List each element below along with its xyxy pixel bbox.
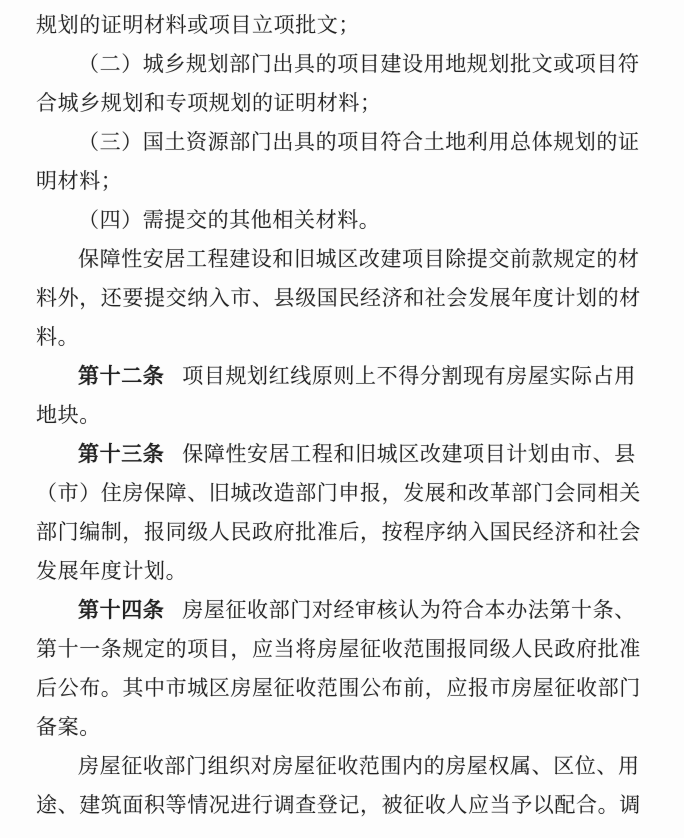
text-line: 料外，还要提交纳入市、县级国民经济和社会发展年度计划的材 <box>36 279 684 318</box>
text-line: （市）住房保障、旧城改造部门申报，发展和改革部门会同相关 <box>36 474 684 513</box>
scanned-document-page: 规划的证明材料或项目立项批文； （二）城乡规划部门出具的项目建设用地规划批文或项… <box>0 0 684 838</box>
line-text: 部门编制，报同级人民政府批准后，按程序纳入国民经济和社会 <box>36 520 641 544</box>
text-line: 第十四条房屋征收部门对经审核认为符合本办法第十条、 <box>36 591 684 630</box>
line-text: （市）住房保障、旧城改造部门申报，发展和改革部门会同相关 <box>36 481 641 505</box>
line-text: 地块。 <box>36 403 101 427</box>
line-text: 后公布。其中市城区房屋征收范围公布前，应报市房屋征收部门 <box>36 676 641 700</box>
text-line: 料。 <box>36 318 684 357</box>
text-line: 房屋征收部门组织对房屋征收范围内的房屋权属、区位、用 <box>36 747 684 786</box>
text-line: 备案。 <box>36 708 684 747</box>
article-number: 第十四条 <box>78 598 164 622</box>
line-text: （四）需提交的其他相关材料。 <box>78 208 380 232</box>
line-text: 途、建筑面积等情况进行调查登记，被征收人应当予以配合。调 <box>36 793 641 817</box>
line-text: 项目规划红线原则上不得分割现有房屋实际占用 <box>182 364 636 388</box>
text-line: （二）城乡规划部门出具的项目建设用地规划批文或项目符 <box>36 45 684 84</box>
document-text-block: 规划的证明材料或项目立项批文； （二）城乡规划部门出具的项目建设用地规划批文或项… <box>36 6 684 825</box>
text-line: 明材料； <box>36 162 684 201</box>
line-text: （二）城乡规划部门出具的项目建设用地规划批文或项目符 <box>78 52 640 76</box>
line-text: 备案。 <box>36 715 101 739</box>
text-line: 第十三条保障性安居工程和旧城区改建项目计划由市、县 <box>36 435 684 474</box>
line-text: 料。 <box>36 325 79 349</box>
text-line: 第十一条规定的项目，应当将房屋征收范围报同级人民政府批准 <box>36 630 684 669</box>
line-text: 保障性安居工程建设和旧城区改建项目除提交前款规定的材 <box>78 247 640 271</box>
text-line: 发展年度计划。 <box>36 552 684 591</box>
text-line: （三）国土资源部门出具的项目符合土地利用总体规划的证 <box>36 123 684 162</box>
line-text: 料外，还要提交纳入市、县级国民经济和社会发展年度计划的材 <box>36 286 641 310</box>
line-text: 规划的证明材料或项目立项批文； <box>36 13 360 37</box>
line-text: 第十一条规定的项目，应当将房屋征收范围报同级人民政府批准 <box>36 637 641 661</box>
text-line: 部门编制，报同级人民政府批准后，按程序纳入国民经济和社会 <box>36 513 684 552</box>
line-text: 明材料； <box>36 169 122 193</box>
line-text: （三）国土资源部门出具的项目符合土地利用总体规划的证 <box>78 130 640 154</box>
text-line: 规划的证明材料或项目立项批文； <box>36 6 684 45</box>
text-line: 途、建筑面积等情况进行调查登记，被征收人应当予以配合。调 <box>36 786 684 825</box>
text-line: 第十二条项目规划红线原则上不得分割现有房屋实际占用 <box>36 357 684 396</box>
text-line: 合城乡规划和专项规划的证明材料； <box>36 84 684 123</box>
article-number: 第十三条 <box>78 442 164 466</box>
line-text: 保障性安居工程和旧城区改建项目计划由市、县 <box>182 442 636 466</box>
line-text: 合城乡规划和专项规划的证明材料； <box>36 91 382 115</box>
text-line: 地块。 <box>36 396 684 435</box>
text-line: （四）需提交的其他相关材料。 <box>36 201 684 240</box>
line-text: 发展年度计划。 <box>36 559 187 583</box>
text-line: 保障性安居工程建设和旧城区改建项目除提交前款规定的材 <box>36 240 684 279</box>
article-number: 第十二条 <box>78 364 164 388</box>
line-text: 房屋征收部门组织对房屋征收范围内的房屋权属、区位、用 <box>78 754 640 778</box>
text-line: 后公布。其中市城区房屋征收范围公布前，应报市房屋征收部门 <box>36 669 684 708</box>
line-text: 房屋征收部门对经审核认为符合本办法第十条、 <box>182 598 636 622</box>
